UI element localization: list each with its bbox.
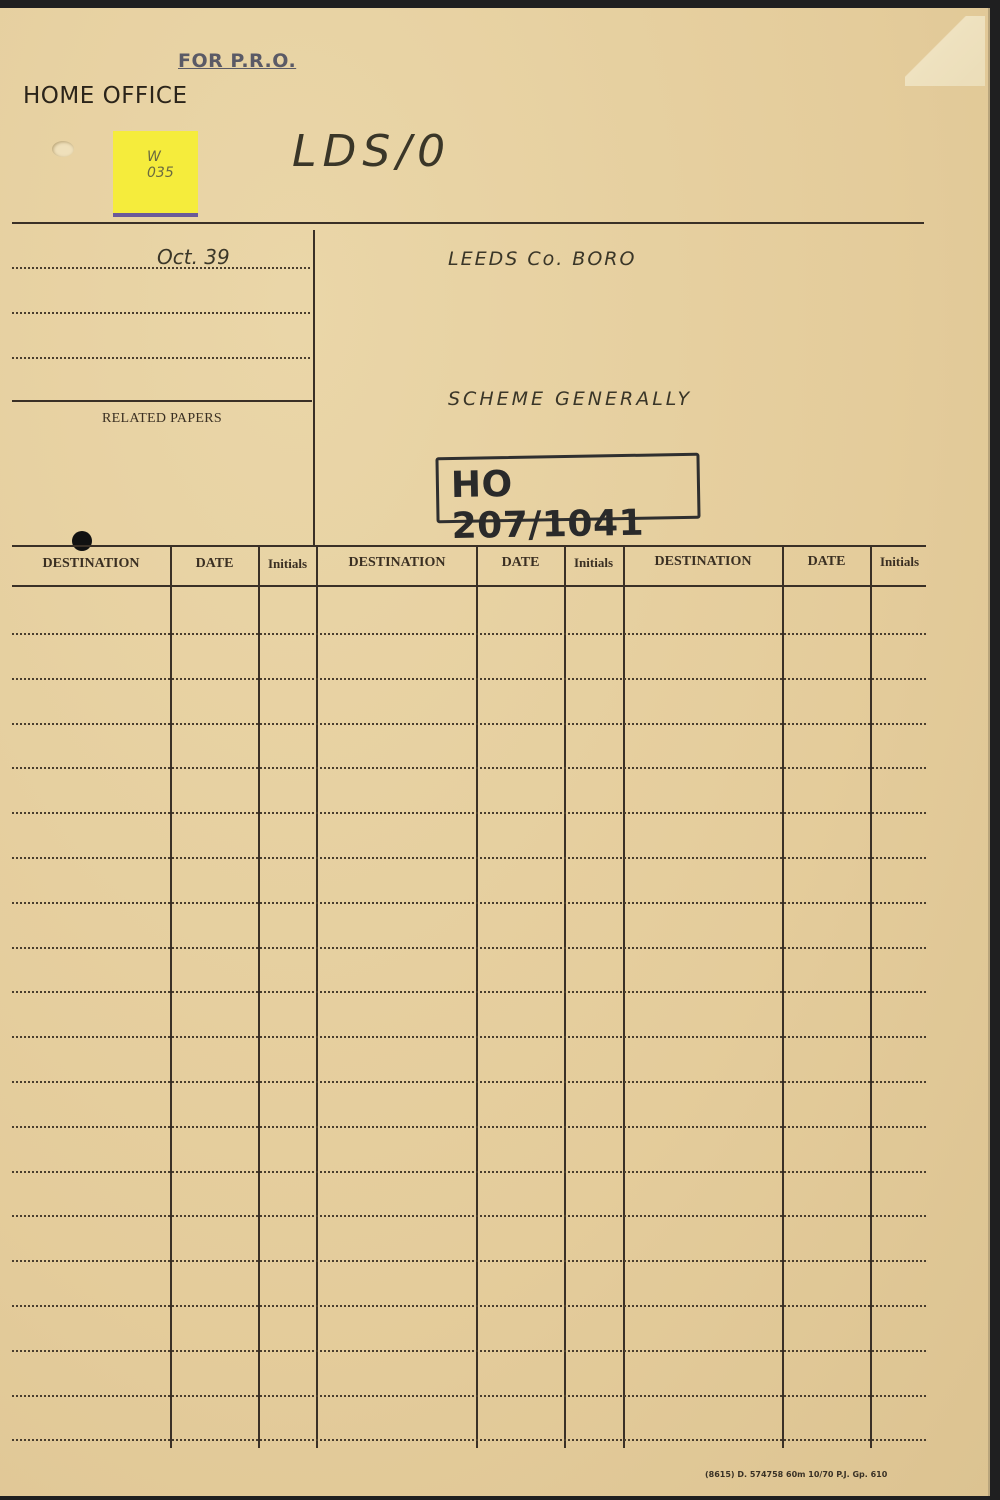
table-row[interactable] (12, 1395, 926, 1397)
table-row[interactable] (12, 723, 926, 725)
related-papers-label: RELATED PAPERS (12, 411, 312, 427)
column-divider (258, 545, 260, 1448)
file-cover-page: FOR P.R.O. HOME OFFICE W 035 LDS/0 Oct. … (0, 8, 990, 1496)
table-row[interactable] (12, 857, 926, 859)
archive-stamp: HO 207/1041 (435, 453, 700, 524)
table-row[interactable] (12, 947, 926, 949)
panel-divider (313, 230, 315, 546)
table-row[interactable] (12, 991, 926, 993)
table-header-rule (12, 585, 926, 587)
column-header-initials: Initials (871, 554, 928, 570)
table-row[interactable] (12, 1350, 926, 1352)
column-divider (316, 545, 318, 1448)
column-header-date: DATE (783, 554, 870, 570)
date-entry: Oct. 39 (157, 245, 230, 269)
folded-corner (905, 16, 985, 86)
archive-reference: HO 207/1041 (451, 461, 698, 547)
column-header-initials: Initials (565, 555, 622, 571)
print-code: (8615) D. 574758 60m 10/70 P.J. Gp. 610 (705, 1470, 887, 1479)
table-row[interactable] (12, 678, 926, 680)
table-row[interactable] (12, 902, 926, 904)
column-header-date: DATE (171, 556, 258, 572)
file-reference: LDS/0 (292, 126, 451, 177)
column-divider (870, 545, 872, 1448)
column-header-date: DATE (477, 555, 564, 571)
table-row[interactable] (12, 633, 926, 635)
table-row[interactable] (12, 1439, 926, 1441)
column-divider (170, 545, 172, 1448)
sticky-note-line-1: W (147, 149, 174, 165)
table-row[interactable] (12, 1260, 926, 1262)
column-header-destination: DESTINATION (318, 555, 476, 571)
column-divider (782, 545, 784, 1448)
column-divider (564, 545, 566, 1448)
sticky-note-text: W 035 (147, 149, 174, 181)
subject-line-2: SCHEME GENERALLY (448, 388, 692, 410)
column-header-destination: DESTINATION (12, 556, 170, 572)
column-divider (476, 545, 478, 1448)
column-header-initials: Initials (259, 556, 316, 572)
dotted-line (12, 312, 310, 314)
subject-line-1: LEEDS Co. BORO (448, 248, 636, 270)
related-papers-rule (12, 400, 312, 402)
table-row[interactable] (12, 1215, 926, 1217)
table-row[interactable] (12, 1036, 926, 1038)
column-divider (623, 545, 625, 1448)
punch-mark-icon (52, 141, 74, 157)
table-row[interactable] (12, 812, 926, 814)
table-top-rule (12, 545, 926, 547)
for-pro-stamp: FOR P.R.O. (178, 50, 296, 72)
table-row[interactable] (12, 1126, 926, 1128)
table-row[interactable] (12, 1081, 926, 1083)
column-header-destination: DESTINATION (624, 554, 782, 570)
sticky-note-line-2: 035 (147, 165, 174, 181)
table-row[interactable] (12, 767, 926, 769)
dotted-line (12, 357, 310, 359)
table-row[interactable] (12, 1305, 926, 1307)
punch-hole-icon (72, 531, 92, 551)
table-row[interactable] (12, 1171, 926, 1173)
sticky-note: W 035 (113, 131, 198, 217)
top-rule (12, 222, 924, 224)
department-header: HOME OFFICE (23, 83, 188, 109)
